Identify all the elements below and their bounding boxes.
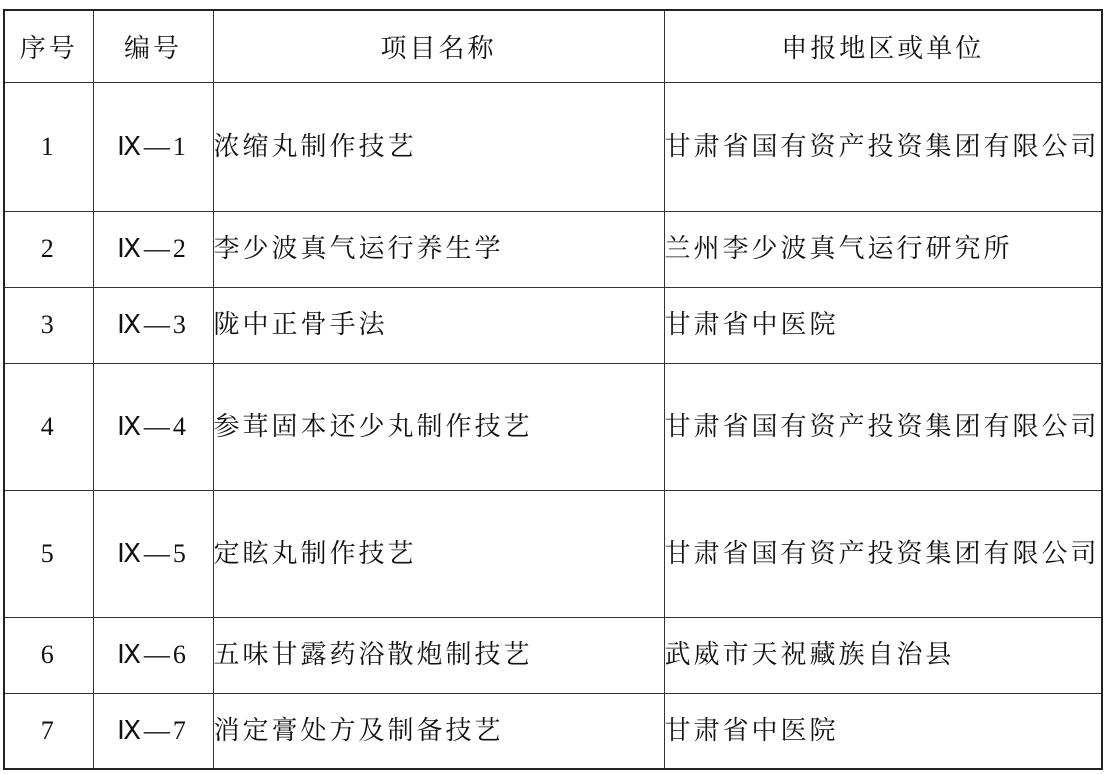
cell-name: 消定膏处方及制备技艺 <box>213 693 664 769</box>
table-row: 6 Ⅸ—6 五味甘露药浴散炮制技艺 武威市天祝藏族自治县 <box>4 617 1102 693</box>
cell-seq: 5 <box>4 490 93 617</box>
table-row: 2 Ⅸ—2 李少波真气运行养生学 兰州李少波真气运行研究所 <box>4 211 1102 287</box>
table-row: 4 Ⅸ—4 参茸固本还少丸制作技艺 甘肃省国有资产投资集团有限公司 <box>4 363 1102 490</box>
cell-unit: 甘肃省国有资产投资集团有限公司 <box>664 82 1102 211</box>
cell-unit: 甘肃省国有资产投资集团有限公司 <box>664 363 1102 490</box>
cell-seq: 3 <box>4 287 93 363</box>
header-row: 序号 编号 项目名称 申报地区或单位 <box>4 10 1102 82</box>
cell-seq: 1 <box>4 82 93 211</box>
cell-unit: 甘肃省中医院 <box>664 693 1102 769</box>
table-row: 3 Ⅸ—3 陇中正骨手法 甘肃省中医院 <box>4 287 1102 363</box>
cell-code: Ⅸ—2 <box>93 211 213 287</box>
table-row: 1 Ⅸ—1 浓缩丸制作技艺 甘肃省国有资产投资集团有限公司 <box>4 82 1102 211</box>
cell-code: Ⅸ—3 <box>93 287 213 363</box>
cell-unit: 武威市天祝藏族自治县 <box>664 617 1102 693</box>
table-row: 5 Ⅸ—5 定眩丸制作技艺 甘肃省国有资产投资集团有限公司 <box>4 490 1102 617</box>
cell-name: 五味甘露药浴散炮制技艺 <box>213 617 664 693</box>
cell-seq: 4 <box>4 363 93 490</box>
cell-unit: 兰州李少波真气运行研究所 <box>664 211 1102 287</box>
table-row: 7 Ⅸ—7 消定膏处方及制备技艺 甘肃省中医院 <box>4 693 1102 769</box>
header-unit: 申报地区或单位 <box>664 10 1102 82</box>
cell-unit: 甘肃省国有资产投资集团有限公司 <box>664 490 1102 617</box>
cell-seq: 7 <box>4 693 93 769</box>
cell-name: 定眩丸制作技艺 <box>213 490 664 617</box>
header-name: 项目名称 <box>213 10 664 82</box>
cell-code: Ⅸ—1 <box>93 82 213 211</box>
project-table: 序号 编号 项目名称 申报地区或单位 1 Ⅸ—1 浓缩丸制作技艺 甘肃省国有资产… <box>3 9 1103 770</box>
cell-code: Ⅸ—5 <box>93 490 213 617</box>
cell-name: 陇中正骨手法 <box>213 287 664 363</box>
cell-name: 浓缩丸制作技艺 <box>213 82 664 211</box>
header-code: 编号 <box>93 10 213 82</box>
cell-code: Ⅸ—4 <box>93 363 213 490</box>
cell-name: 参茸固本还少丸制作技艺 <box>213 363 664 490</box>
cell-code: Ⅸ—7 <box>93 693 213 769</box>
header-seq: 序号 <box>4 10 93 82</box>
cell-name: 李少波真气运行养生学 <box>213 211 664 287</box>
cell-seq: 2 <box>4 211 93 287</box>
cell-code: Ⅸ—6 <box>93 617 213 693</box>
cell-unit: 甘肃省中医院 <box>664 287 1102 363</box>
cell-seq: 6 <box>4 617 93 693</box>
